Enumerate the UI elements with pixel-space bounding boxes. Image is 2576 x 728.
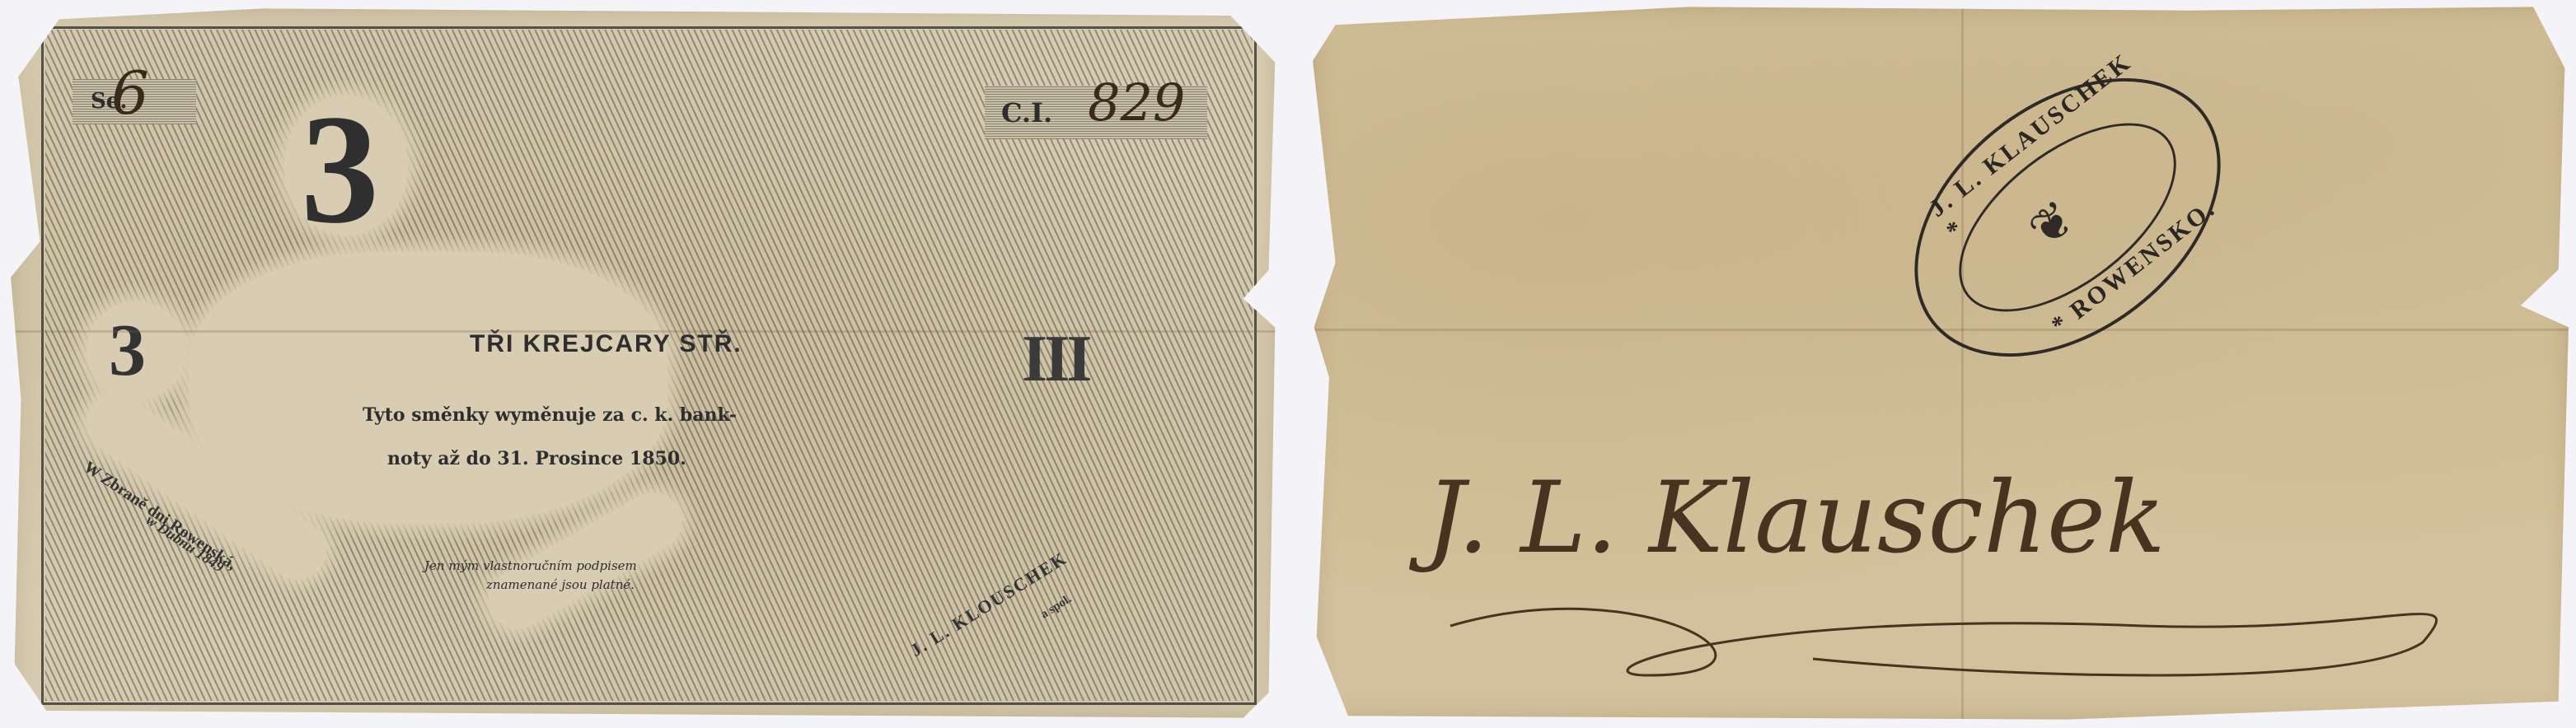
roman-numeral: III	[1022, 326, 1089, 392]
banknote-obverse: Se. 6 C.I. 829 3 3 III TŘI KREJCARY STŘ.…	[8, 5, 1281, 721]
side-numeral: 3	[109, 314, 146, 388]
central-cartouche	[190, 252, 667, 524]
signature-flourish	[1401, 576, 2555, 700]
exchange-text-line1: Tyto směnky wyměnuje za c. k. bank-	[363, 404, 737, 426]
exchange-text-line2: noty až do 31. Prosince 1850.	[387, 448, 686, 469]
denomination-numeral: 3	[301, 91, 379, 248]
handwritten-signature: J. L. Klauschek	[1426, 461, 2166, 576]
validity-note-line2: znamenané jsou platné.	[486, 577, 635, 592]
cislo-label: C.I.	[1001, 97, 1052, 128]
validity-note-line1: Jen mým vlastnoručním podpisem	[424, 558, 637, 573]
horizontal-fold	[8, 330, 1281, 333]
cislo-handwritten: 829	[1088, 72, 1185, 133]
serie-handwritten: 6	[111, 58, 149, 128]
denomination-title: TŘI KREJCARY STŘ.	[470, 330, 742, 358]
